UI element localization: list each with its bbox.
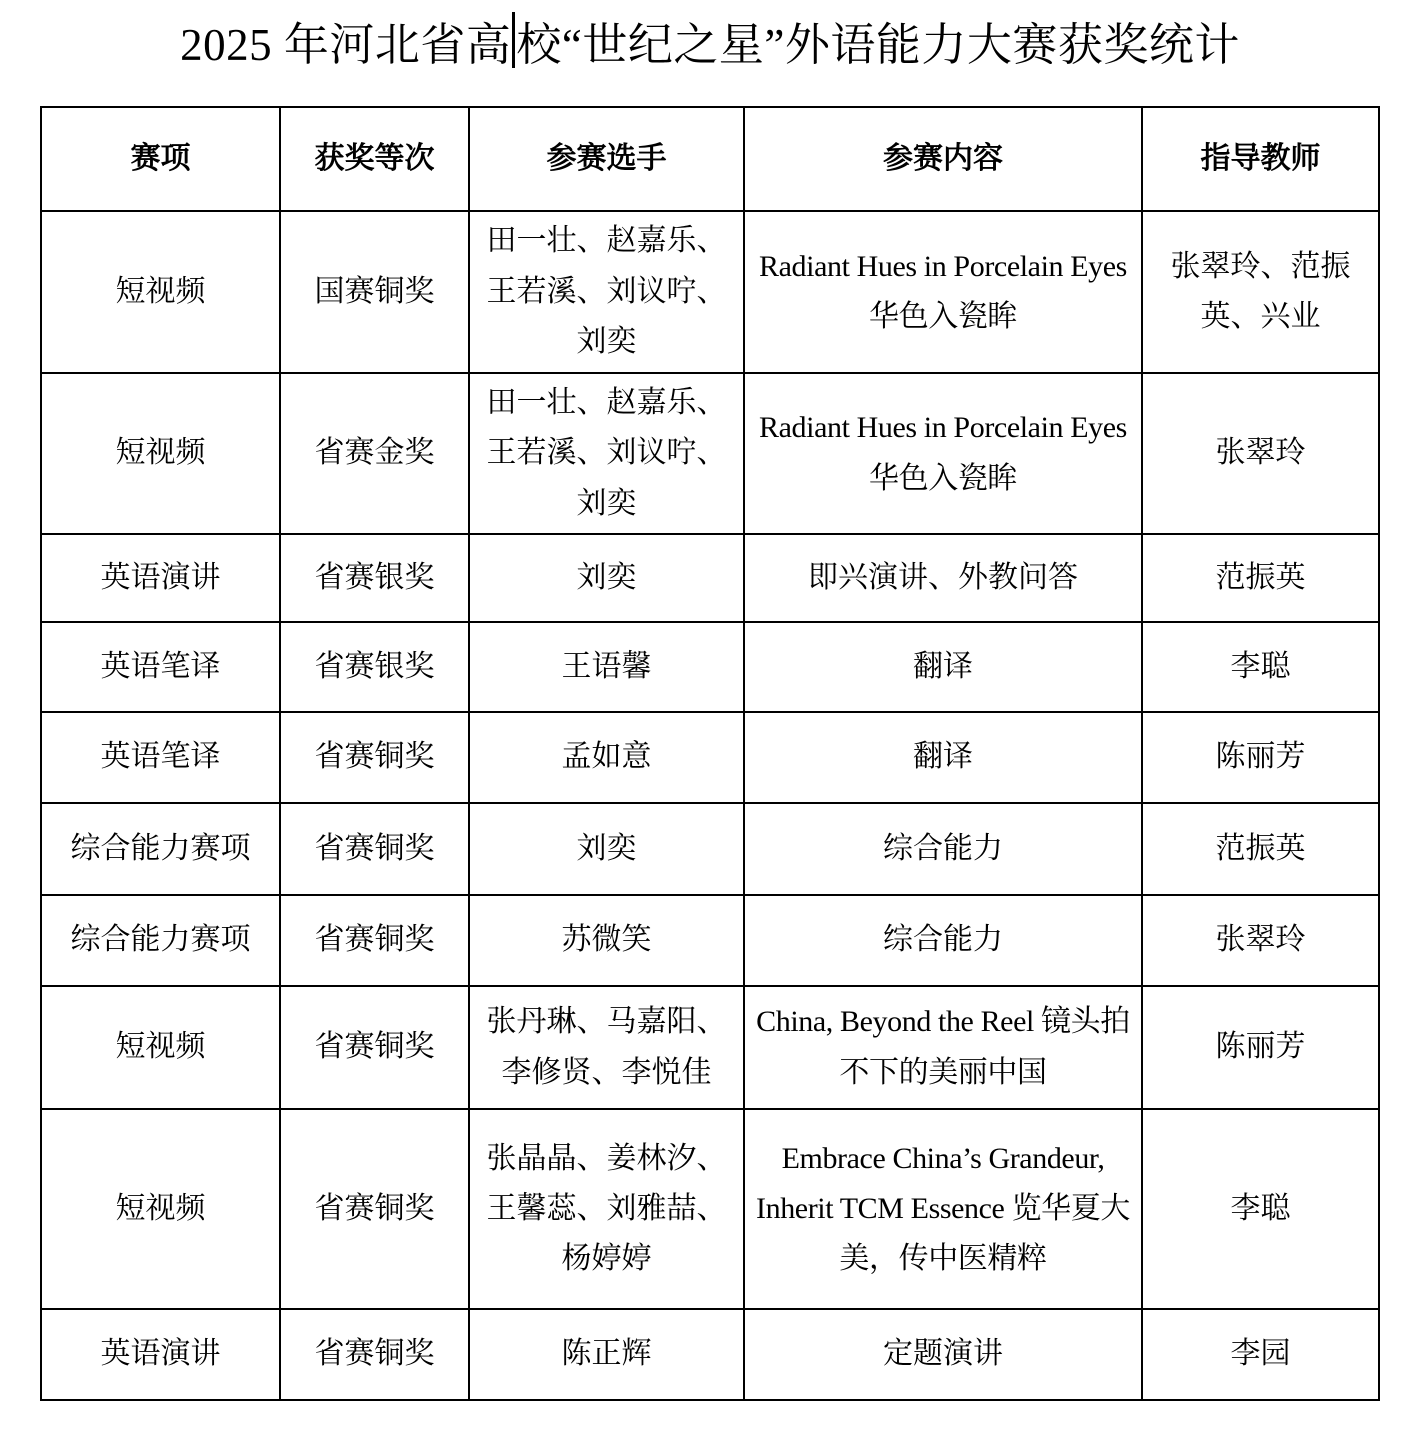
- title-text-before-cursor: 2025 年河北省高: [180, 20, 511, 70]
- cell-event[interactable]: 短视频: [41, 373, 280, 534]
- header-row: 赛项 获奖等次 参赛选手 参赛内容 指导教师: [41, 107, 1379, 211]
- cell-participants[interactable]: 张晶晶、姜林汐、王馨蕊、刘雅喆、杨婷婷: [469, 1109, 744, 1309]
- cell-event[interactable]: 短视频: [41, 986, 280, 1109]
- header-award[interactable]: 获奖等次: [280, 107, 469, 211]
- cell-teachers[interactable]: 张翠玲: [1142, 373, 1379, 534]
- cell-content[interactable]: Radiant Hues in Porcelain Eyes 华色入瓷眸: [744, 373, 1142, 534]
- cell-content[interactable]: Radiant Hues in Porcelain Eyes 华色入瓷眸: [744, 211, 1142, 373]
- cell-participants[interactable]: 孟如意: [469, 712, 744, 803]
- awards-table: 赛项 获奖等次 参赛选手 参赛内容 指导教师 短视频国赛铜奖田一壮、赵嘉乐、王若…: [40, 106, 1380, 1401]
- cell-teachers[interactable]: 范振英: [1142, 534, 1379, 622]
- cell-event[interactable]: 综合能力赛项: [41, 803, 280, 895]
- text-cursor: [512, 12, 515, 68]
- cell-award[interactable]: 省赛金奖: [280, 373, 469, 534]
- cell-participants[interactable]: 刘奕: [469, 803, 744, 895]
- cell-event[interactable]: 英语笔译: [41, 622, 280, 712]
- cell-teachers[interactable]: 陈丽芳: [1142, 986, 1379, 1109]
- cell-award[interactable]: 省赛铜奖: [280, 986, 469, 1109]
- cell-teachers[interactable]: 李聪: [1142, 1109, 1379, 1309]
- cell-participants[interactable]: 苏微笑: [469, 895, 744, 986]
- cell-event[interactable]: 综合能力赛项: [41, 895, 280, 986]
- cell-content[interactable]: 翻译: [744, 622, 1142, 712]
- cell-content[interactable]: Embrace China’s Grandeur, Inherit TCM Es…: [744, 1109, 1142, 1309]
- cell-award[interactable]: 省赛铜奖: [280, 1109, 469, 1309]
- cell-award[interactable]: 国赛铜奖: [280, 211, 469, 373]
- cell-award[interactable]: 省赛银奖: [280, 622, 469, 712]
- cell-participants[interactable]: 张丹琳、马嘉阳、李修贤、李悦佳: [469, 986, 744, 1109]
- cell-content[interactable]: 定题演讲: [744, 1309, 1142, 1400]
- table-row: 英语演讲省赛银奖刘奕即兴演讲、外教问答范振英: [41, 534, 1379, 622]
- table-row: 英语笔译省赛银奖王语馨翻译李聪: [41, 622, 1379, 712]
- cell-award[interactable]: 省赛铜奖: [280, 712, 469, 803]
- cell-event[interactable]: 英语笔译: [41, 712, 280, 803]
- cell-participants[interactable]: 王语馨: [469, 622, 744, 712]
- cell-event[interactable]: 短视频: [41, 211, 280, 373]
- cell-teachers[interactable]: 张翠玲、范振英、兴业: [1142, 211, 1379, 373]
- cell-content[interactable]: China, Beyond the Reel 镜头拍不下的美丽中国: [744, 986, 1142, 1109]
- cell-event[interactable]: 英语演讲: [41, 534, 280, 622]
- cell-event[interactable]: 短视频: [41, 1109, 280, 1309]
- table-row: 短视频省赛金奖田一壮、赵嘉乐、王若溪、刘议咛、刘奕Radiant Hues in…: [41, 373, 1379, 534]
- document-title[interactable]: 2025 年河北省高校“世纪之星”外语能力大赛获奖统计: [0, 12, 1420, 78]
- title-text-after-cursor: 校“世纪之星”外语能力大赛获奖统计: [516, 20, 1239, 70]
- table-row: 短视频国赛铜奖田一壮、赵嘉乐、王若溪、刘议咛、刘奕Radiant Hues in…: [41, 211, 1379, 373]
- cell-participants[interactable]: 田一壮、赵嘉乐、王若溪、刘议咛、刘奕: [469, 211, 744, 373]
- table-row: 综合能力赛项省赛铜奖刘奕综合能力范振英: [41, 803, 1379, 895]
- cell-event[interactable]: 英语演讲: [41, 1309, 280, 1400]
- cell-participants[interactable]: 田一壮、赵嘉乐、王若溪、刘议咛、刘奕: [469, 373, 744, 534]
- header-event[interactable]: 赛项: [41, 107, 280, 211]
- cell-content[interactable]: 综合能力: [744, 803, 1142, 895]
- document-page: { "document": { "title": { "before_curso…: [0, 0, 1420, 1429]
- cell-award[interactable]: 省赛铜奖: [280, 1309, 469, 1400]
- cell-teachers[interactable]: 范振英: [1142, 803, 1379, 895]
- cell-teachers[interactable]: 李园: [1142, 1309, 1379, 1400]
- cell-award[interactable]: 省赛铜奖: [280, 895, 469, 986]
- header-content[interactable]: 参赛内容: [744, 107, 1142, 211]
- cell-teachers[interactable]: 李聪: [1142, 622, 1379, 712]
- cell-participants[interactable]: 刘奕: [469, 534, 744, 622]
- cell-content[interactable]: 翻译: [744, 712, 1142, 803]
- cell-teachers[interactable]: 陈丽芳: [1142, 712, 1379, 803]
- table-row: 英语笔译省赛铜奖孟如意翻译陈丽芳: [41, 712, 1379, 803]
- header-participants[interactable]: 参赛选手: [469, 107, 744, 211]
- cell-participants[interactable]: 陈正辉: [469, 1309, 744, 1400]
- cell-award[interactable]: 省赛铜奖: [280, 803, 469, 895]
- table-row: 英语演讲省赛铜奖陈正辉定题演讲李园: [41, 1309, 1379, 1400]
- header-teachers[interactable]: 指导教师: [1142, 107, 1379, 211]
- table-row: 综合能力赛项省赛铜奖苏微笑综合能力张翠玲: [41, 895, 1379, 986]
- table-row: 短视频省赛铜奖张丹琳、马嘉阳、李修贤、李悦佳China, Beyond the …: [41, 986, 1379, 1109]
- cell-award[interactable]: 省赛银奖: [280, 534, 469, 622]
- cell-content[interactable]: 综合能力: [744, 895, 1142, 986]
- table-row: 短视频省赛铜奖张晶晶、姜林汐、王馨蕊、刘雅喆、杨婷婷Embrace China’…: [41, 1109, 1379, 1309]
- cell-teachers[interactable]: 张翠玲: [1142, 895, 1379, 986]
- awards-table-body: 短视频国赛铜奖田一壮、赵嘉乐、王若溪、刘议咛、刘奕Radiant Hues in…: [41, 211, 1379, 1400]
- cell-content[interactable]: 即兴演讲、外教问答: [744, 534, 1142, 622]
